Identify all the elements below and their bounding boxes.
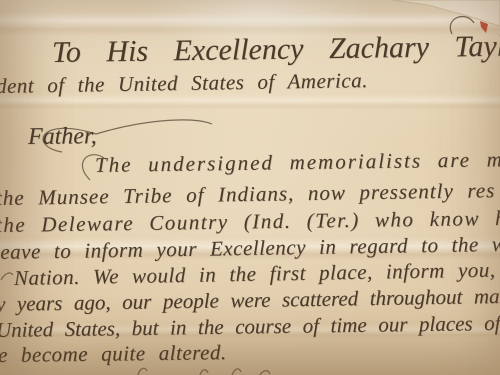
next-line-ascender-strokes [138,368,270,375]
body-line: The undersigned memorialists are me [95,147,500,178]
addressee-line: To His Excellency Zachary Taylor [52,29,500,70]
salutation-father: Father, [28,123,97,151]
manuscript-page: To His Excellency Zachary Taylor dent of… [0,0,500,375]
clipped-letter-stroke [1,273,13,280]
paper-corner-fragment-edge [392,0,500,26]
body-line: e become quite altered. [0,340,227,368]
paper-corner-fragment [392,0,500,26]
addressee-continuation-line: dent of the United States of America. [0,68,368,99]
